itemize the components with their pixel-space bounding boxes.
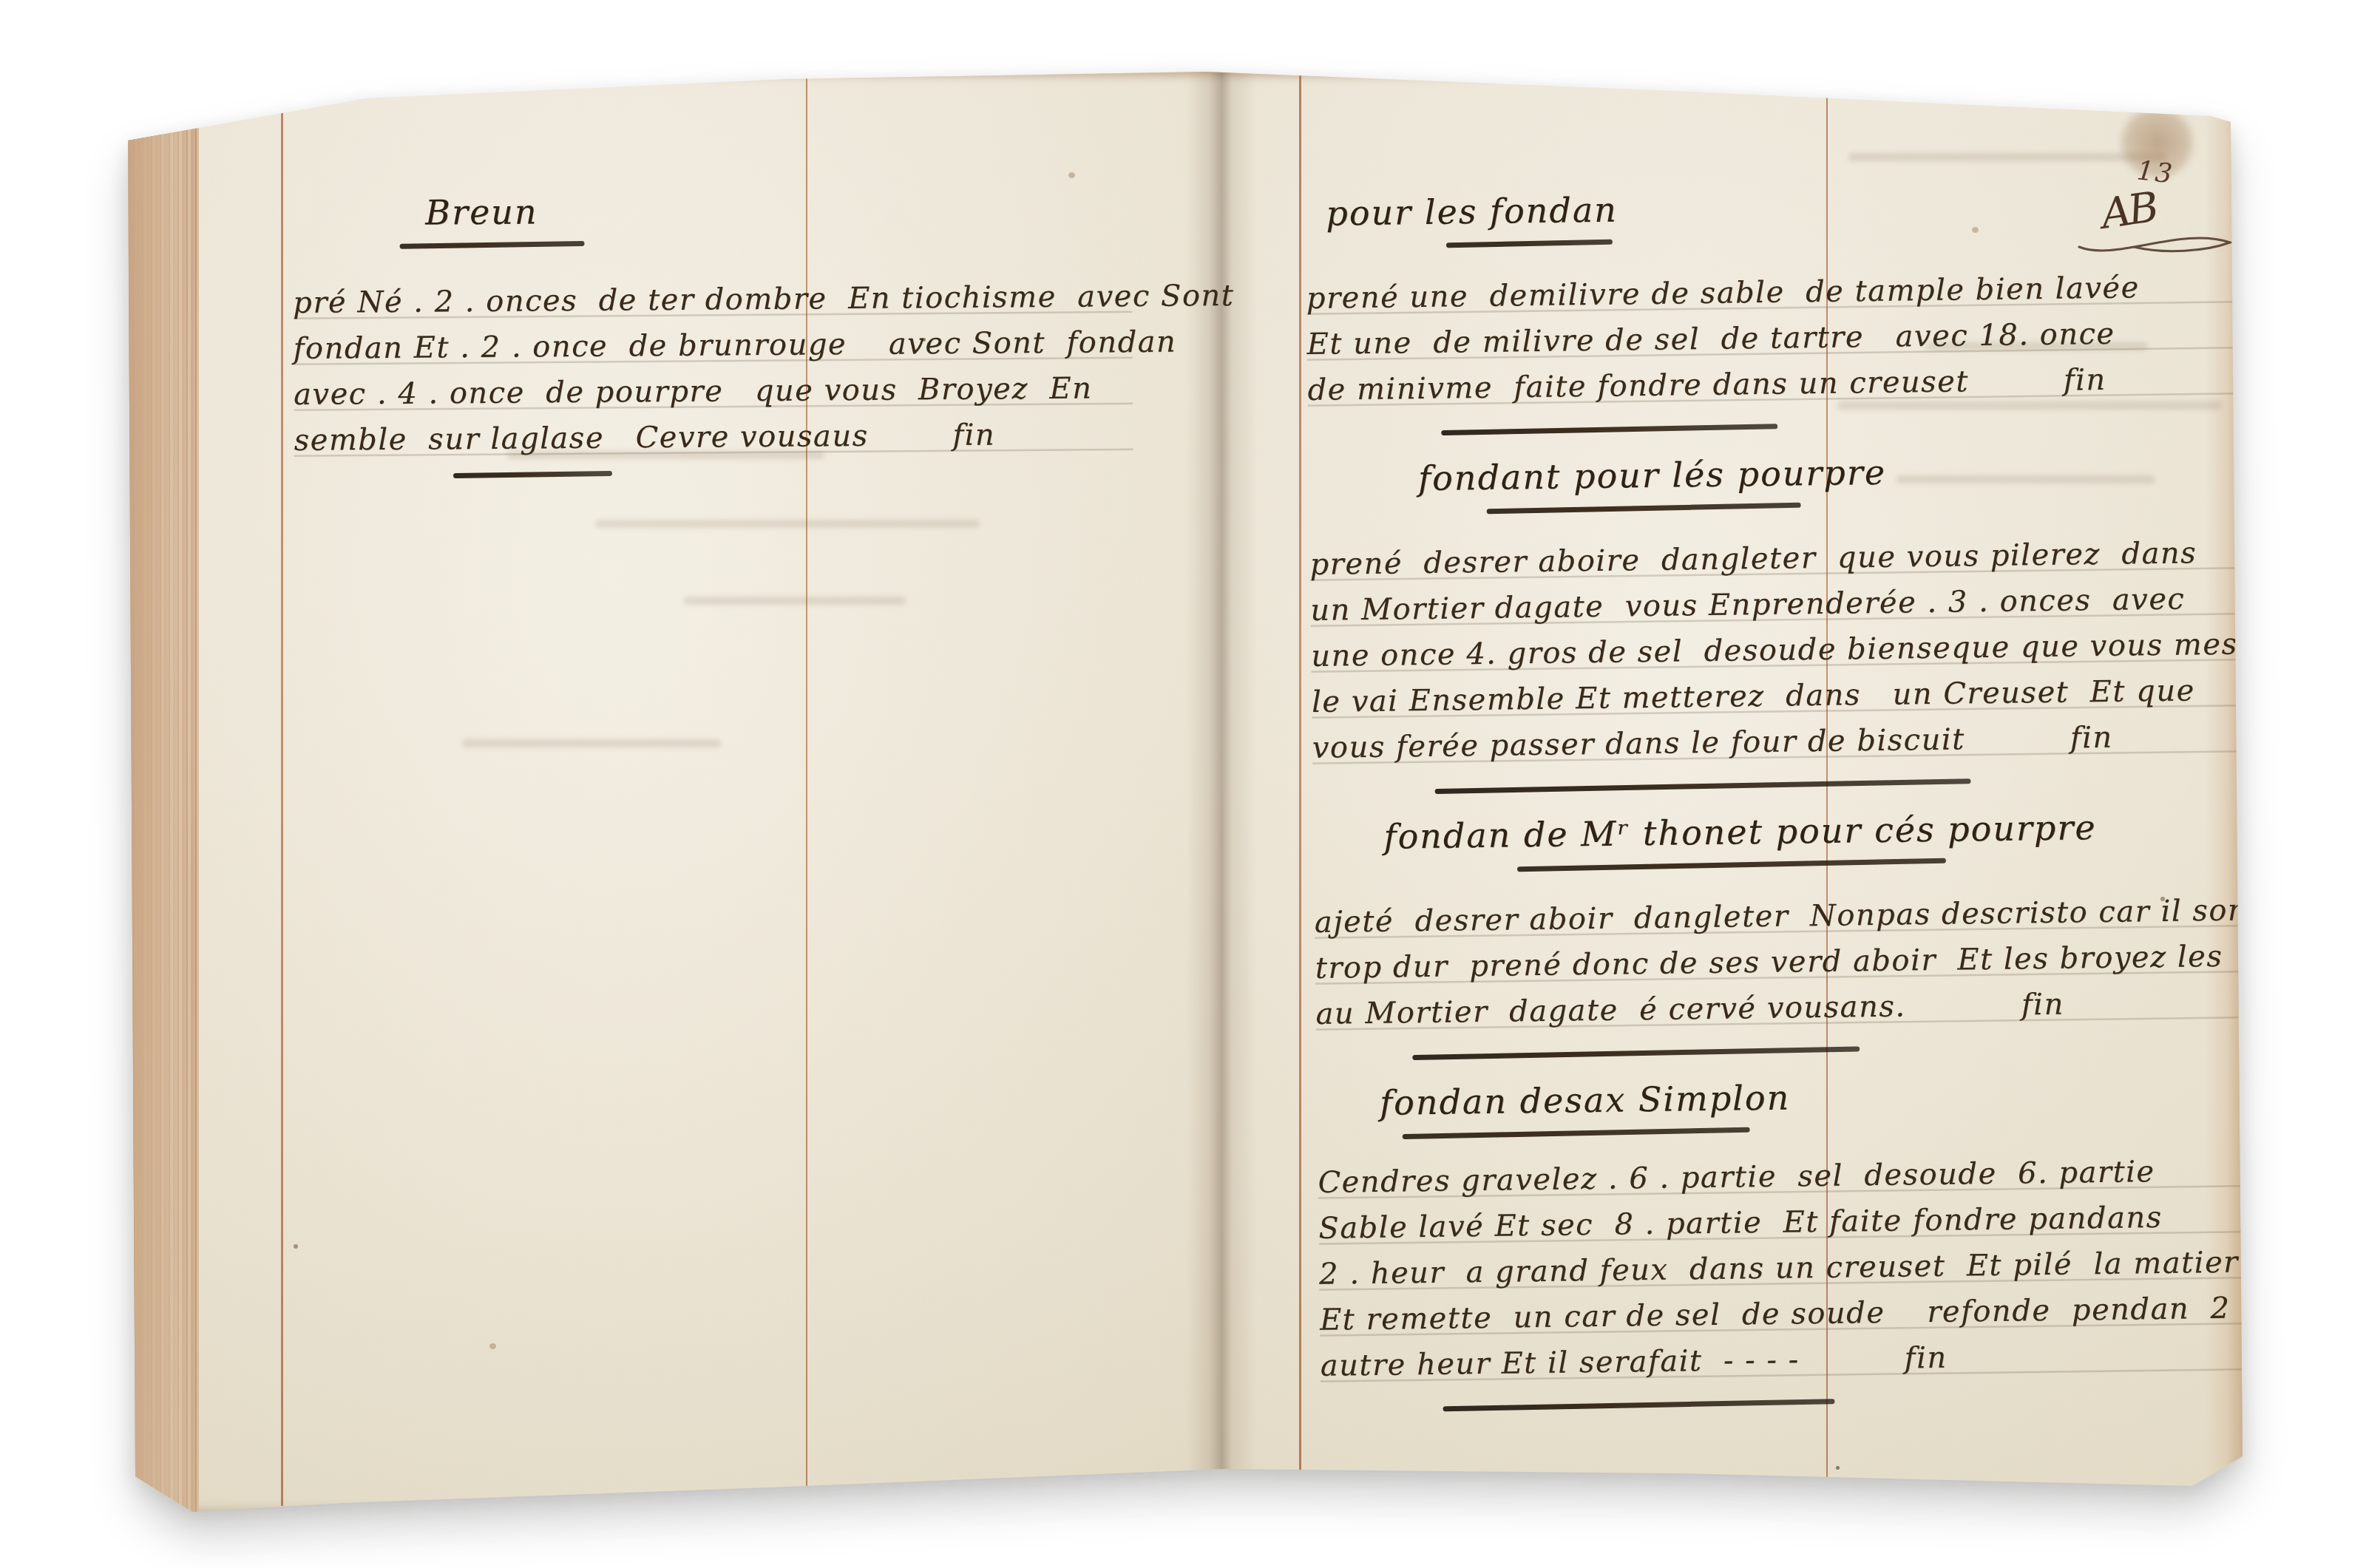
section-paragraph: pré Né . 2 . onces de ter dombre En tioc… [293,274,1133,464]
manuscript-line: pré Né . 2 . onces de ter dombre En tioc… [293,274,1132,326]
recipe-section: fondan desax SimplonCendres gravelez . 6… [1317,1070,2260,1412]
section-paragraph: Cendres gravelez . 6 . partie sel desoud… [1318,1147,2260,1389]
heading-underline-stroke [1517,858,1946,872]
section-end-rule [1435,778,1971,794]
section-end-rule [1412,1046,1860,1060]
left-page-content: Breunpré Né . 2 . onces de ter dombre En… [292,186,1133,501]
recipe-section: pour les fondanprené une demilivre de sa… [1305,180,2247,436]
photo-background: Breunpré Né . 2 . onces de ter dombre En… [0,0,2366,1568]
right-page-content: pour les fondanprené une demilivre de sa… [1305,180,2260,1433]
recipe-section: fondan de Mʳ thonet pour cés pourpreajet… [1313,804,2255,1060]
manuscript-line: fondan Et . 2 . once de brunrouge avec S… [293,319,1132,372]
section-end-rule [1441,424,1777,435]
heading-underline-stroke [1446,240,1613,248]
manuscript-line: semble sur laglase Cevre vousaus fin [294,411,1133,464]
section-heading: fondant pour lés pourpre [1418,446,2248,500]
manuscript-line: avec . 4 . once de pourpre que vous Broy… [294,365,1133,418]
section-end-rule [1443,1399,1834,1411]
book-shadow: Breunpré Né . 2 . onces de ter dombre En… [122,70,2244,1512]
section-end-rule [453,471,612,478]
section-paragraph: prené desrer aboire dangleter que vous p… [1309,529,2251,771]
section-heading: fondan de Mʳ thonet pour cés pourpre [1383,804,2253,858]
heading-underline-stroke [1487,503,1801,515]
manuscript-book: Breunpré Né . 2 . onces de ter dombre En… [122,70,2244,1512]
heading-underline-stroke [1403,1127,1750,1139]
section-paragraph: prené une demilivre de sable de tample b… [1306,263,2246,413]
section-heading: Breun [425,186,1131,234]
recipe-section: Breunpré Né . 2 . onces de ter dombre En… [292,186,1133,479]
recipe-section: fondant pour lés pourpreprené desrer abo… [1309,446,2252,794]
heading-underline-stroke [400,241,585,249]
section-heading: fondan desax Simplon [1380,1070,2257,1124]
section-paragraph: ajeté desrer aboir dangleter Nonpas desc… [1315,887,2255,1037]
margin-rule-left-page-inner [281,75,283,1506]
